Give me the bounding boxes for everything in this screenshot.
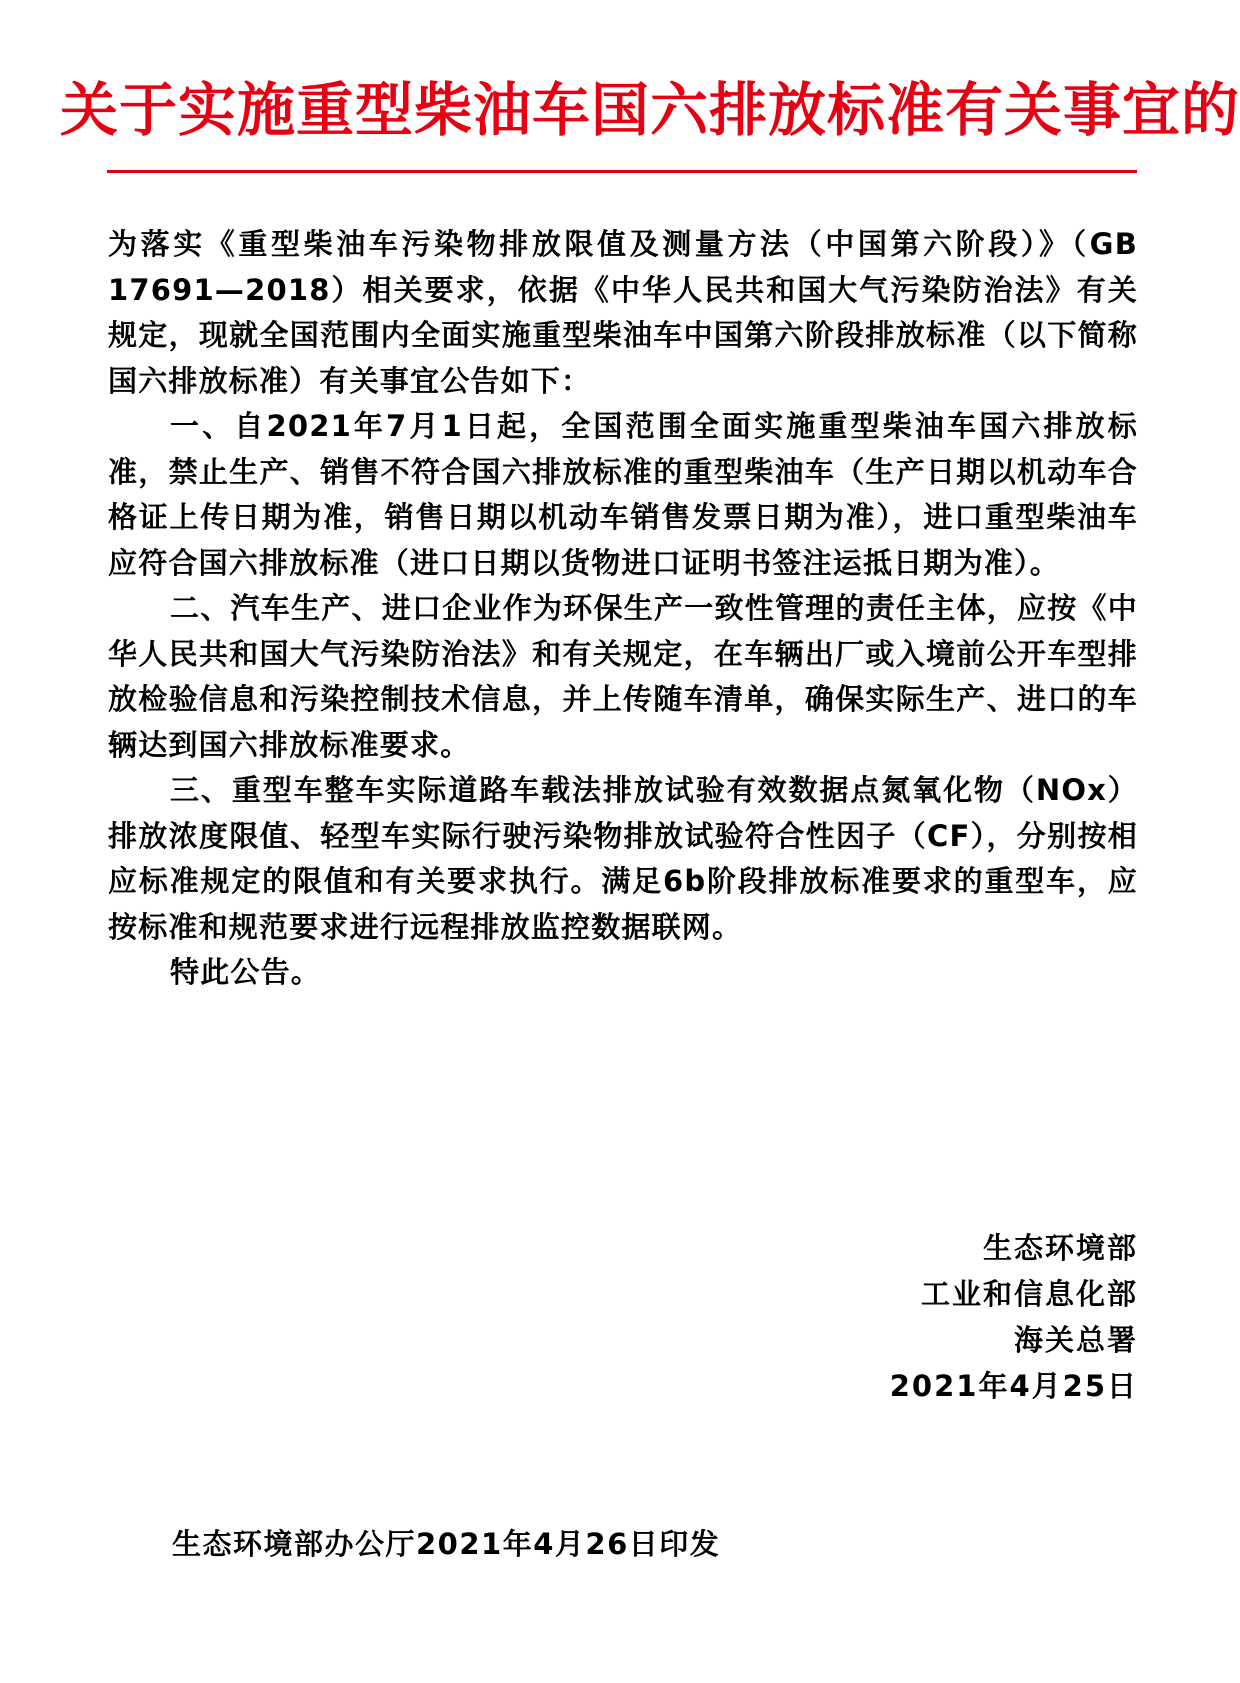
signatory-miit: 工业和信息化部: [890, 1271, 1138, 1317]
title-divider: [107, 170, 1137, 173]
document-title: 关于实施重型柴油车国六排放标准有关事宜的公告: [60, 72, 1180, 148]
paragraph-item-3: 三、重型车整车实际道路车载法排放试验有效数据点氮氧化物（NOx）排放浓度限值、轻…: [108, 768, 1138, 950]
paragraph-item-1: 一、自2021年7月1日起，全国范围全面实施重型柴油车国六排放标准，禁止生产、销…: [108, 404, 1138, 586]
signatory-mee: 生态环境部: [890, 1225, 1138, 1271]
signatory-customs: 海关总署: [890, 1317, 1138, 1363]
signature-block: 生态环境部 工业和信息化部 海关总署 2021年4月25日: [890, 1225, 1138, 1409]
paragraph-intro: 为落实《重型柴油车污染物排放限值及测量方法（中国第六阶段）》（GB 17691—…: [108, 222, 1138, 404]
issued-by-line: 生态环境部办公厅2021年4月26日印发: [172, 1522, 720, 1563]
paragraph-closing: 特此公告。: [108, 950, 1138, 996]
signature-date: 2021年4月25日: [890, 1363, 1138, 1409]
document-body: 为落实《重型柴油车污染物排放限值及测量方法（中国第六阶段）》（GB 17691—…: [108, 222, 1138, 996]
paragraph-item-2: 二、汽车生产、进口企业作为环保生产一致性管理的责任主体，应按《中华人民共和国大气…: [108, 586, 1138, 768]
